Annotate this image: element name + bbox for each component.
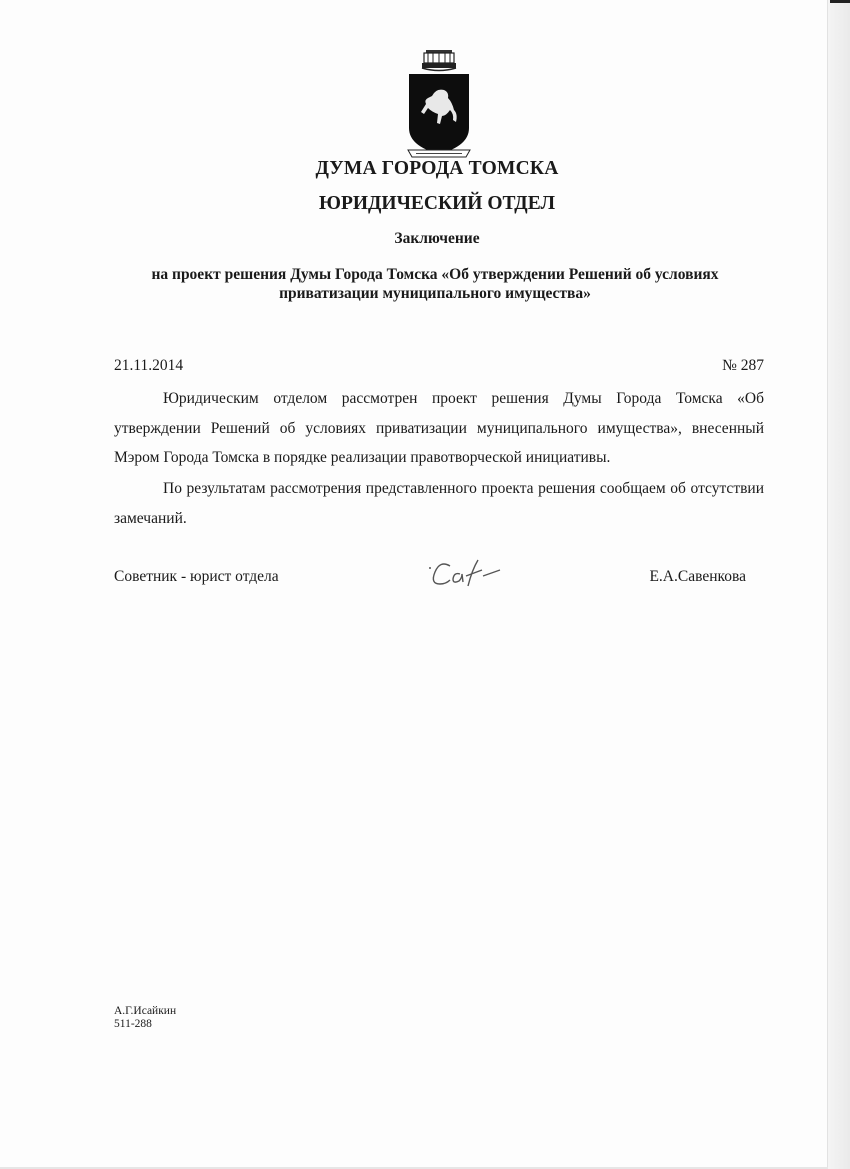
scan-edge-mark bbox=[830, 0, 850, 3]
handwritten-signature bbox=[420, 552, 520, 597]
body-paragraph: По результатам рассмотрения представленн… bbox=[114, 474, 764, 533]
body-paragraph: Юридическим отделом рассмотрен проект ре… bbox=[114, 384, 764, 473]
department-name: ЮРИДИЧЕСКИЙ ОТДЕЛ bbox=[0, 193, 850, 215]
executor-name: А.Г.Исайкин bbox=[114, 1005, 176, 1018]
document-type: Заключение bbox=[0, 230, 850, 248]
document-number: № 287 bbox=[722, 357, 764, 375]
organization-name: ДУМА ГОРОДА ТОМСКА bbox=[0, 158, 850, 180]
executor-phone: 511-288 bbox=[114, 1018, 176, 1031]
signer-name: Е.А.Савенкова bbox=[649, 568, 746, 586]
coat-of-arms-icon bbox=[406, 50, 472, 162]
executor-info: А.Г.Исайкин 511-288 bbox=[114, 1005, 176, 1031]
signer-position: Советник - юрист отдела bbox=[114, 568, 279, 586]
document-date: 21.11.2014 bbox=[114, 357, 183, 375]
document-subject: на проект решения Думы Города Томска «Об… bbox=[118, 265, 752, 303]
